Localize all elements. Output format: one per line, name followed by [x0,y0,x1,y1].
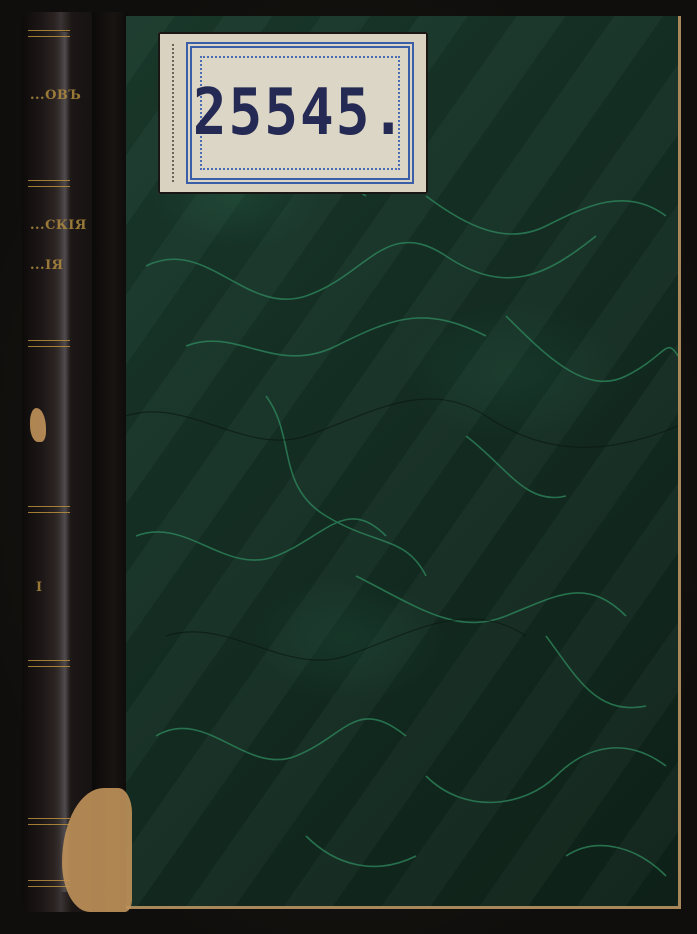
library-accession-label: 25545. [158,32,428,194]
gold-band [28,30,70,37]
spine-hinge [92,12,128,912]
spine-highlight [60,32,70,892]
label-ornamental-border: 25545. [186,42,414,184]
label-perforation [172,44,176,182]
gold-band [28,818,70,825]
gold-band [28,180,70,187]
spine-wear-spot [30,408,46,442]
spine-volume: I [36,580,43,595]
gold-band [28,340,70,347]
gold-band [28,506,70,513]
gold-band [28,660,70,667]
spine-author: ...ОВЪ [30,88,81,103]
spine-title-line-2: ...ІЯ [30,258,64,273]
accession-number: 25545. [192,75,408,150]
spine-title-line-1: ...СКІЯ [30,218,87,233]
book: ...ОВЪ ...СКІЯ ...ІЯ I [22,12,684,912]
